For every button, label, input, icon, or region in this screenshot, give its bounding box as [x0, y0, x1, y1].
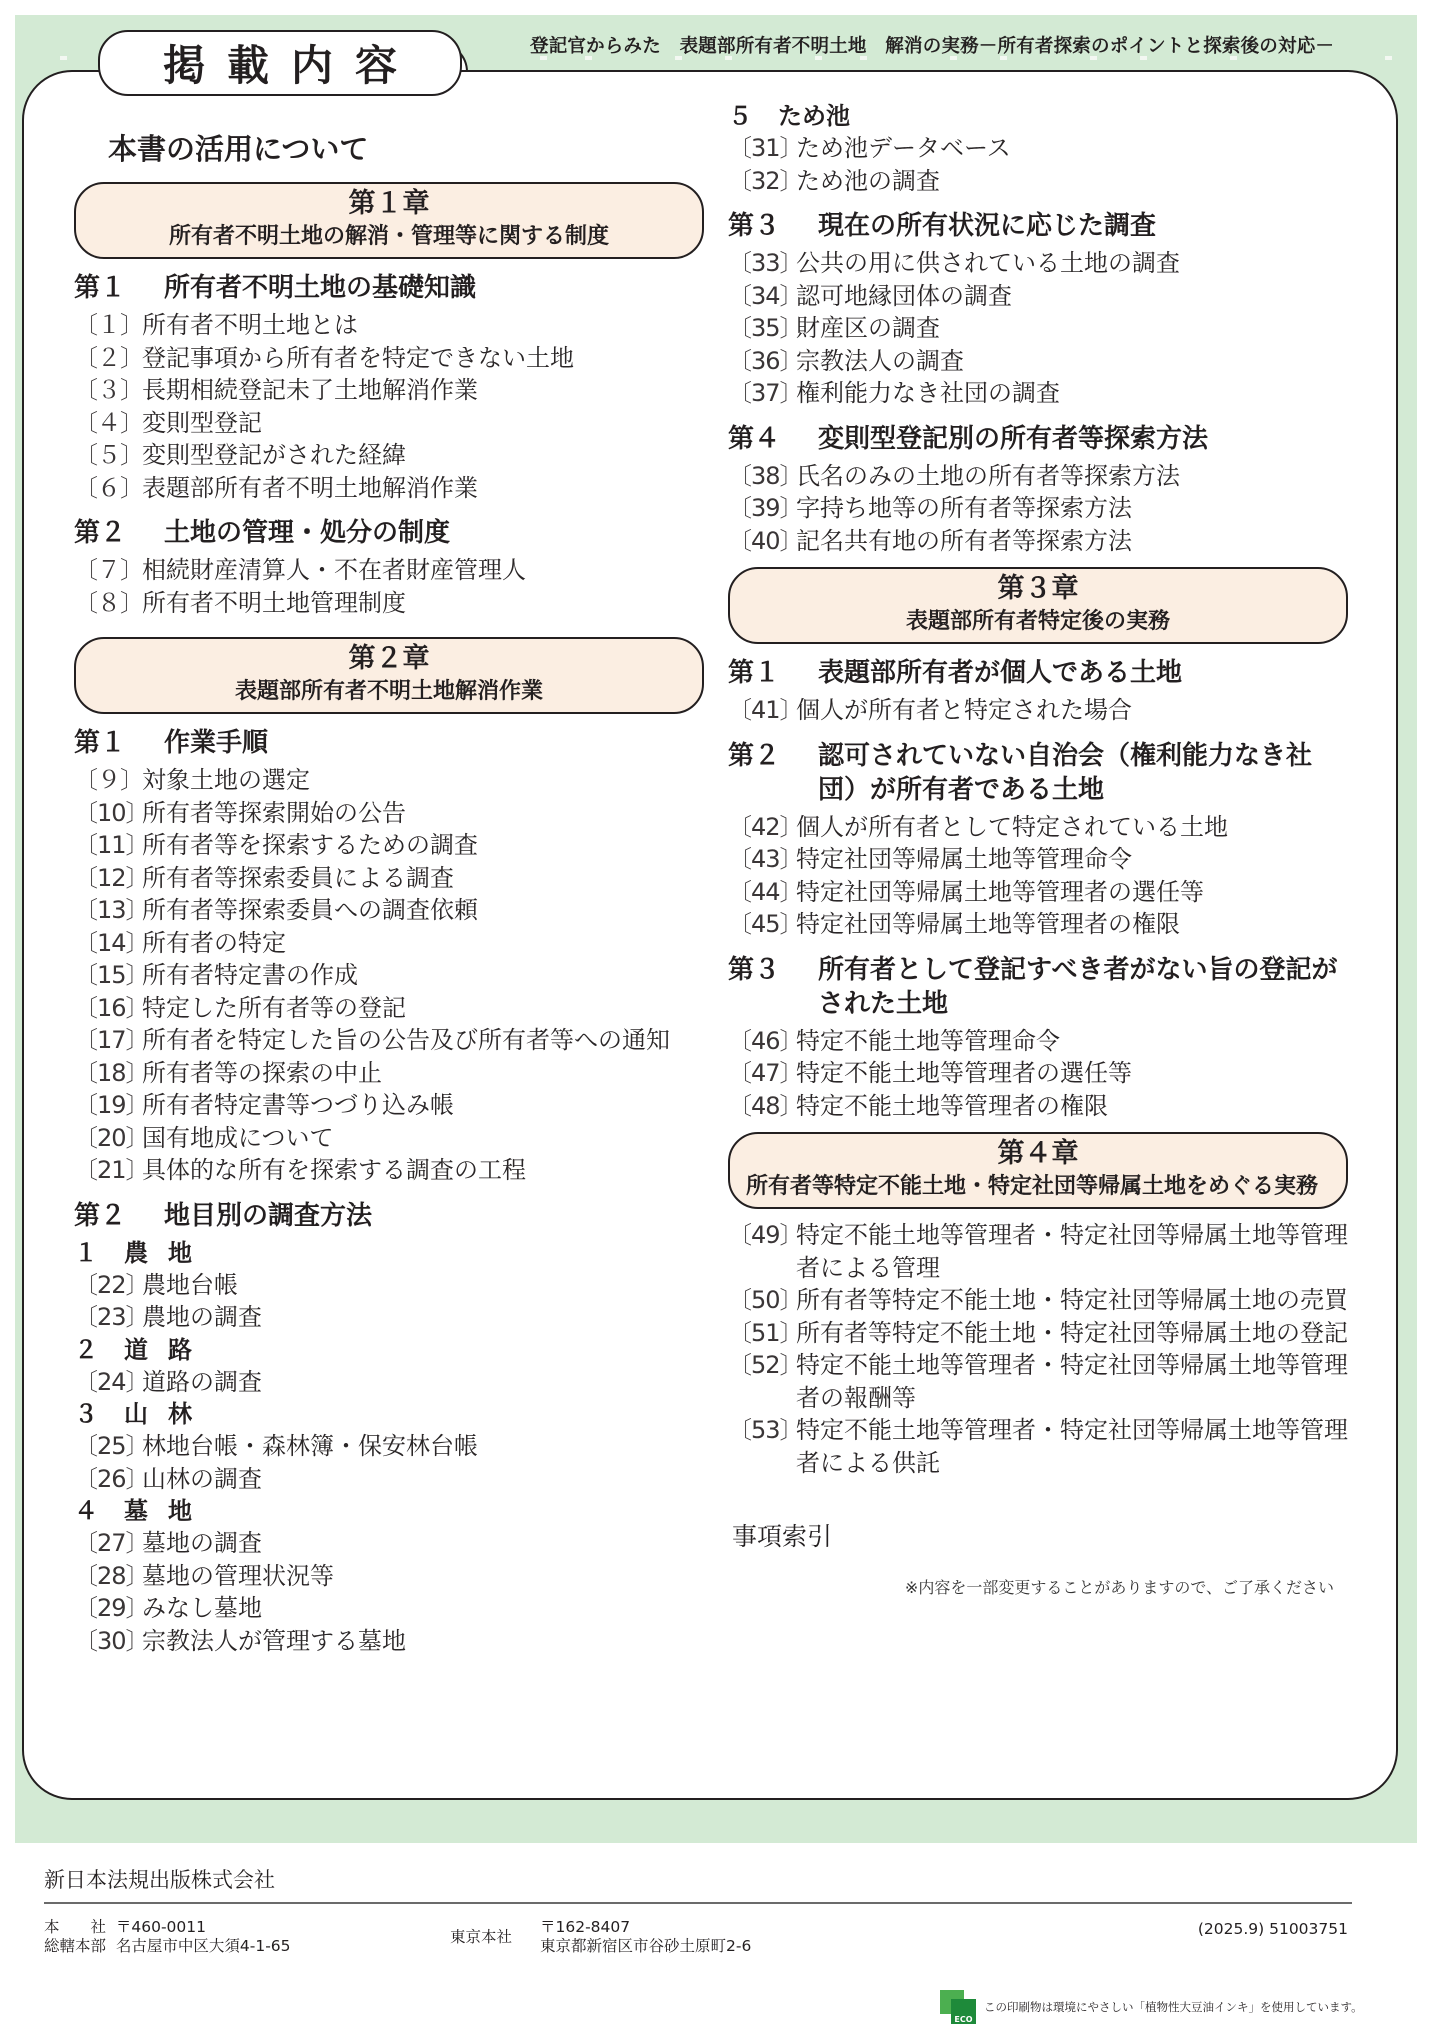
- subsection-heading[interactable]: ５ため池: [728, 100, 1348, 132]
- list-item[interactable]: 〔15〕所有者特定書の作成: [74, 959, 704, 992]
- item-title: 墓地の管理状況等: [142, 1560, 704, 1593]
- item-number: 〔４〕: [74, 407, 142, 440]
- item-number: 〔39〕: [728, 492, 796, 525]
- item-title: 所有者特定書等つづり込み帳: [142, 1089, 704, 1122]
- item-number: 〔20〕: [74, 1122, 142, 1155]
- list-item[interactable]: 〔30〕宗教法人が管理する墓地: [74, 1625, 704, 1658]
- item-title: 山林の調査: [142, 1463, 704, 1496]
- item-title: 記名共有地の所有者等探索方法: [796, 525, 1348, 558]
- item-number: 〔５〕: [74, 439, 142, 472]
- section-title: 所有者不明土地の基礎知識: [164, 271, 704, 305]
- item-number: 〔１〕: [74, 309, 142, 342]
- list-item[interactable]: 〔26〕山林の調査: [74, 1463, 704, 1496]
- chapter-title: 表題部所有者特定後の実務: [746, 607, 1330, 637]
- list-item[interactable]: 〔50〕所有者等特定不能土地・特定社団等帰属土地の売買: [728, 1284, 1348, 1317]
- list-item[interactable]: 〔46〕特定不能土地等管理命令: [728, 1025, 1348, 1058]
- list-item[interactable]: 〔52〕特定不能土地等管理者・特定社団等帰属土地等管理者の報酬等: [728, 1349, 1348, 1414]
- item-number: 〔16〕: [74, 992, 142, 1025]
- item-number: 〔12〕: [74, 862, 142, 895]
- list-item[interactable]: 〔１〕所有者不明土地とは: [74, 309, 704, 342]
- headquarters-label: 総轄本部: [44, 1937, 106, 1955]
- list-item[interactable]: 〔31〕ため池データベース: [728, 132, 1348, 165]
- list-item[interactable]: 〔18〕所有者等の探索の中止: [74, 1057, 704, 1090]
- item-number: 〔51〕: [728, 1317, 796, 1350]
- section-heading[interactable]: 第２ 土地の管理・処分の制度: [74, 516, 704, 550]
- list-item[interactable]: 〔21〕具体的な所有を探索する調査の工程: [74, 1154, 704, 1187]
- chapter-number: 第３章: [746, 571, 1330, 607]
- item-number: 〔49〕: [728, 1219, 796, 1284]
- item-number: 〔46〕: [728, 1025, 796, 1058]
- item-number: 〔２〕: [74, 342, 142, 375]
- list-item[interactable]: 〔13〕所有者等探索委員への調査依頼: [74, 894, 704, 927]
- right-column: ５ため池 〔31〕ため池データベース 〔32〕ため池の調査 第３ 現在の所有状況…: [728, 100, 1348, 1598]
- list-item[interactable]: 〔39〕字持ち地等の所有者等探索方法: [728, 492, 1348, 525]
- chapter-4-box[interactable]: 第４章 所有者等特定不能土地・特定社団等帰属土地をめぐる実務: [728, 1132, 1348, 1209]
- item-number: 〔29〕: [74, 1592, 142, 1625]
- list-item[interactable]: 〔16〕特定した所有者等の登記: [74, 992, 704, 1025]
- item-title: 所有者を特定した旨の公告及び所有者等への通知: [142, 1024, 704, 1057]
- section-heading[interactable]: 第２ 地目別の調査方法: [74, 1199, 704, 1233]
- chapter-title: 所有者等特定不能土地・特定社団等帰属土地をめぐる実務: [746, 1172, 1330, 1202]
- section-title: 表題部所有者が個人である土地: [818, 656, 1348, 690]
- item-title: 個人が所有者と特定された場合: [796, 694, 1348, 727]
- list-item[interactable]: 〔29〕みなし墓地: [74, 1592, 704, 1625]
- item-number: 〔７〕: [74, 554, 142, 587]
- item-number: 〔53〕: [728, 1414, 796, 1479]
- chapter-1-box[interactable]: 第１章 所有者不明土地の解消・管理等に関する制度: [74, 182, 704, 259]
- list-item[interactable]: 〔４〕変則型登記: [74, 407, 704, 440]
- list-item[interactable]: 〔19〕所有者特定書等つづり込み帳: [74, 1089, 704, 1122]
- item-number: 〔18〕: [74, 1057, 142, 1090]
- section-heading[interactable]: 第１ 表題部所有者が個人である土地: [728, 656, 1348, 690]
- list-item[interactable]: 〔23〕農地の調査: [74, 1301, 704, 1334]
- chapter-number: 第４章: [746, 1136, 1330, 1172]
- section-heading[interactable]: 第１ 作業手順: [74, 726, 704, 760]
- item-title: ため池の調査: [796, 165, 1348, 198]
- list-item[interactable]: 〔43〕特定社団等帰属土地等管理命令: [728, 843, 1348, 876]
- list-item[interactable]: 〔35〕財産区の調査: [728, 312, 1348, 345]
- item-title: 所有者不明土地管理制度: [142, 587, 704, 620]
- catalog-code: (2025.9) 51003751: [1198, 1920, 1348, 1938]
- list-item[interactable]: 〔33〕公共の用に供されている土地の調査: [728, 247, 1348, 280]
- item-title: 所有者等特定不能土地・特定社団等帰属土地の登記: [796, 1317, 1348, 1350]
- item-title: 財産区の調査: [796, 312, 1348, 345]
- item-title: 個人が所有者として特定されている土地: [796, 811, 1348, 844]
- item-number: 〔13〕: [74, 894, 142, 927]
- item-title: 特定不能土地等管理者の権限: [796, 1090, 1348, 1123]
- item-title: 特定社団等帰属土地等管理者の権限: [796, 908, 1348, 941]
- list-item[interactable]: 〔48〕特定不能土地等管理者の権限: [728, 1090, 1348, 1123]
- section-number: 第３: [728, 953, 818, 1021]
- section-heading[interactable]: 第３ 所有者として登記すべき者がない旨の登記がされた土地: [728, 953, 1348, 1021]
- section-heading[interactable]: 第２ 認可されていない自治会（権利能力なき社団）が所有者である土地: [728, 739, 1348, 807]
- section-title: 土地の管理・処分の制度: [164, 516, 704, 550]
- list-item[interactable]: 〔25〕林地台帳・森林簿・保安林台帳: [74, 1430, 704, 1463]
- item-title: 特定不能土地等管理者・特定社団等帰属土地等管理者の報酬等: [796, 1349, 1348, 1414]
- tokyo-label: 東京本社: [450, 1928, 512, 1947]
- item-title: 農地の調査: [142, 1301, 704, 1334]
- item-title: 登記事項から所有者を特定できない土地: [142, 342, 704, 375]
- list-item[interactable]: 〔10〕所有者等探索開始の公告: [74, 797, 704, 830]
- item-title: 特定不能土地等管理者・特定社団等帰属土地等管理者による供託: [796, 1414, 1348, 1479]
- item-number: 〔６〕: [74, 472, 142, 505]
- item-title: 具体的な所有を探索する調査の工程: [142, 1154, 704, 1187]
- item-title: 変則型登記: [142, 407, 704, 440]
- tokyo-address: 東京都新宿区市谷砂土原町2-6: [540, 1937, 751, 1956]
- item-number: 〔31〕: [728, 132, 796, 165]
- item-title: みなし墓地: [142, 1592, 704, 1625]
- subsection-title: ため池: [778, 100, 850, 132]
- eco-text: この印刷物は環境にやさしい「植物性大豆油インキ」を使用しています。: [984, 1999, 1363, 2015]
- item-title: 特定不能土地等管理者の選任等: [796, 1057, 1348, 1090]
- item-number: 〔15〕: [74, 959, 142, 992]
- list-item[interactable]: 〔５〕変則型登記がされた経緯: [74, 439, 704, 472]
- list-item[interactable]: 〔12〕所有者等探索委員による調査: [74, 862, 704, 895]
- item-title: 所有者不明土地とは: [142, 309, 704, 342]
- list-item[interactable]: 〔27〕墓地の調査: [74, 1527, 704, 1560]
- item-title: 相続財産清算人・不在者財産管理人: [142, 554, 704, 587]
- section-title: 作業手順: [164, 726, 704, 760]
- left-column: 本書の活用について 第１章 所有者不明土地の解消・管理等に関する制度 第１ 所有…: [74, 128, 704, 1657]
- section-heading[interactable]: 第１ 所有者不明土地の基礎知識: [74, 271, 704, 305]
- item-title: 特定社団等帰属土地等管理命令: [796, 843, 1348, 876]
- item-number: 〔14〕: [74, 927, 142, 960]
- list-item[interactable]: 〔44〕特定社団等帰属土地等管理者の選任等: [728, 876, 1348, 909]
- item-number: 〔22〕: [74, 1269, 142, 1302]
- item-number: 〔８〕: [74, 587, 142, 620]
- decor-dot: [1385, 56, 1392, 60]
- item-title: 所有者等特定不能土地・特定社団等帰属土地の売買: [796, 1284, 1348, 1317]
- item-number: 〔25〕: [74, 1430, 142, 1463]
- section-heading[interactable]: 第４ 変則型登記別の所有者等探索方法: [728, 422, 1348, 456]
- list-item[interactable]: 〔40〕記名共有地の所有者等探索方法: [728, 525, 1348, 558]
- item-number: 〔33〕: [728, 247, 796, 280]
- item-number: 〔９〕: [74, 764, 142, 797]
- item-title: 対象土地の選定: [142, 764, 704, 797]
- subsection-number: ４: [74, 1495, 124, 1527]
- item-title: 所有者等探索委員による調査: [142, 862, 704, 895]
- section-title: 変則型登記別の所有者等探索方法: [818, 422, 1348, 456]
- chapter-title: 表題部所有者不明土地解消作業: [92, 677, 686, 707]
- section-title: 地目別の調査方法: [164, 1199, 704, 1233]
- list-item[interactable]: 〔38〕氏名のみの土地の所有者等探索方法: [728, 460, 1348, 493]
- item-number: 〔47〕: [728, 1057, 796, 1090]
- item-number: 〔43〕: [728, 843, 796, 876]
- item-title: ため池データベース: [796, 132, 1348, 165]
- item-title: 氏名のみの土地の所有者等探索方法: [796, 460, 1348, 493]
- section-number: 第２: [728, 739, 818, 807]
- list-item[interactable]: 〔41〕個人が所有者と特定された場合: [728, 694, 1348, 727]
- subsection-title: 墓地: [124, 1495, 212, 1527]
- subsection-title: 農地: [124, 1237, 212, 1269]
- item-number: 〔44〕: [728, 876, 796, 909]
- item-title: 所有者等探索委員への調査依頼: [142, 894, 704, 927]
- item-number: 〔21〕: [74, 1154, 142, 1187]
- head-office-label: 本 社: [44, 1918, 106, 1936]
- item-title: 変則型登記がされた経緯: [142, 439, 704, 472]
- item-number: 〔27〕: [74, 1527, 142, 1560]
- section-number: 第２: [74, 516, 164, 550]
- tokyo-zip: 〒162-8407: [540, 1918, 751, 1937]
- item-title: 所有者特定書の作成: [142, 959, 704, 992]
- list-item[interactable]: 〔９〕対象土地の選定: [74, 764, 704, 797]
- item-title: 林地台帳・森林簿・保安林台帳: [142, 1430, 704, 1463]
- section-number: 第１: [74, 726, 164, 760]
- item-title: 字持ち地等の所有者等探索方法: [796, 492, 1348, 525]
- item-number: 〔42〕: [728, 811, 796, 844]
- item-title: 特定不能土地等管理者・特定社団等帰属土地等管理者による管理: [796, 1219, 1348, 1284]
- item-number: 〔40〕: [728, 525, 796, 558]
- chapter-3-box[interactable]: 第３章 表題部所有者特定後の実務: [728, 567, 1348, 644]
- section-number: 第４: [728, 422, 818, 456]
- item-title: 表題部所有者不明土地解消作業: [142, 472, 704, 505]
- footer-divider: [44, 1902, 1352, 1904]
- book-title: 登記官からみた 表題部所有者不明土地 解消の実務－所有者探索のポイントと探索後の…: [530, 32, 1334, 58]
- item-title: 長期相続登記未了土地解消作業: [142, 374, 704, 407]
- list-item[interactable]: 〔49〕特定不能土地等管理者・特定社団等帰属土地等管理者による管理: [728, 1219, 1348, 1284]
- item-title: 宗教法人の調査: [796, 345, 1348, 378]
- chapter-number: 第１章: [92, 186, 686, 222]
- item-number: 〔24〕: [74, 1366, 142, 1399]
- section-heading[interactable]: 第３ 現在の所有状況に応じた調査: [728, 209, 1348, 243]
- list-item[interactable]: 〔20〕国有地成について: [74, 1122, 704, 1155]
- item-title: 農地台帳: [142, 1269, 704, 1302]
- section-title: 現在の所有状況に応じた調査: [818, 209, 1348, 243]
- subsection-title: 山林: [124, 1398, 212, 1430]
- item-number: 〔26〕: [74, 1463, 142, 1496]
- item-title: 所有者等探索開始の公告: [142, 797, 704, 830]
- item-number: 〔34〕: [728, 280, 796, 313]
- list-item[interactable]: 〔17〕所有者を特定した旨の公告及び所有者等への通知: [74, 1024, 704, 1057]
- list-item[interactable]: 〔22〕農地台帳: [74, 1269, 704, 1302]
- subsection-heading[interactable]: ２道路: [74, 1334, 704, 1366]
- subject-index-link[interactable]: 事項索引: [732, 1517, 1348, 1553]
- item-title: 墓地の調査: [142, 1527, 704, 1560]
- item-title: 公共の用に供されている土地の調査: [796, 247, 1348, 280]
- item-title: 所有者等を探索するための調査: [142, 829, 704, 862]
- item-number: 〔41〕: [728, 694, 796, 727]
- list-item[interactable]: 〔28〕墓地の管理状況等: [74, 1560, 704, 1593]
- head-office-block: 本 社 〒460-0011 総轄本部 名古屋市中区大須4-1-65: [44, 1918, 291, 1956]
- title-tab: 掲載内容: [98, 30, 462, 96]
- list-item[interactable]: 〔３〕長期相続登記未了土地解消作業: [74, 374, 704, 407]
- subsection-heading[interactable]: １農地: [74, 1237, 704, 1269]
- item-number: 〔48〕: [728, 1090, 796, 1123]
- item-number: 〔３〕: [74, 374, 142, 407]
- subsection-number: ５: [728, 100, 778, 132]
- item-title: 道路の調査: [142, 1366, 704, 1399]
- item-number: 〔11〕: [74, 829, 142, 862]
- item-number: 〔30〕: [74, 1625, 142, 1658]
- item-title: 特定した所有者等の登記: [142, 992, 704, 1025]
- publisher-name: 新日本法規出版株式会社: [44, 1864, 275, 1894]
- page-title: 掲載内容: [163, 33, 419, 93]
- decor-dot: [60, 56, 67, 60]
- item-title: 特定不能土地等管理命令: [796, 1025, 1348, 1058]
- list-item[interactable]: 〔32〕ため池の調査: [728, 165, 1348, 198]
- subsection-heading[interactable]: ４墓地: [74, 1495, 704, 1527]
- item-title: 所有者等の探索の中止: [142, 1057, 704, 1090]
- item-number: 〔32〕: [728, 165, 796, 198]
- item-number: 〔50〕: [728, 1284, 796, 1317]
- item-title: 権利能力なき社団の調査: [796, 377, 1348, 410]
- chapter-title: 所有者不明土地の解消・管理等に関する制度: [92, 222, 686, 252]
- tokyo-office-block: 〒162-8407 東京都新宿区市谷砂土原町2-6: [540, 1918, 751, 1956]
- item-number: 〔23〕: [74, 1301, 142, 1334]
- list-item[interactable]: 〔８〕所有者不明土地管理制度: [74, 587, 704, 620]
- list-item[interactable]: 〔14〕所有者の特定: [74, 927, 704, 960]
- list-item[interactable]: 〔37〕権利能力なき社団の調査: [728, 377, 1348, 410]
- chapter-2-box[interactable]: 第２章 表題部所有者不明土地解消作業: [74, 637, 704, 714]
- item-title: 所有者の特定: [142, 927, 704, 960]
- section-title: 所有者として登記すべき者がない旨の登記がされた土地: [818, 953, 1348, 1021]
- item-number: 〔19〕: [74, 1089, 142, 1122]
- item-number: 〔37〕: [728, 377, 796, 410]
- item-title: 宗教法人が管理する墓地: [142, 1625, 704, 1658]
- list-item[interactable]: 〔２〕登記事項から所有者を特定できない土地: [74, 342, 704, 375]
- section-number: 第１: [74, 271, 164, 305]
- eco-leaf-icon: ECO: [940, 1990, 976, 2024]
- item-number: 〔17〕: [74, 1024, 142, 1057]
- list-item[interactable]: 〔47〕特定不能土地等管理者の選任等: [728, 1057, 1348, 1090]
- eco-notice: ECO この印刷物は環境にやさしい「植物性大豆油インキ」を使用しています。: [940, 1990, 1363, 2024]
- list-item[interactable]: 〔24〕道路の調査: [74, 1366, 704, 1399]
- change-notice: ※内容を一部変更することがありますので、ご了承ください: [728, 1575, 1334, 1598]
- section-title: 認可されていない自治会（権利能力なき社団）が所有者である土地: [818, 739, 1348, 807]
- subsection-heading[interactable]: ３山林: [74, 1398, 704, 1430]
- section-number: 第３: [728, 209, 818, 243]
- section-number: 第１: [728, 656, 818, 690]
- list-item[interactable]: 〔６〕表題部所有者不明土地解消作業: [74, 472, 704, 505]
- item-number: 〔38〕: [728, 460, 796, 493]
- item-number: 〔35〕: [728, 312, 796, 345]
- subsection-title: 道路: [124, 1334, 212, 1366]
- list-item[interactable]: 〔７〕相続財産清算人・不在者財産管理人: [74, 554, 704, 587]
- subsection-number: １: [74, 1237, 124, 1269]
- list-item[interactable]: 〔34〕認可地縁団体の調査: [728, 280, 1348, 313]
- lead-heading[interactable]: 本書の活用について: [108, 128, 704, 170]
- item-title: 国有地成について: [142, 1122, 704, 1155]
- list-item[interactable]: 〔36〕宗教法人の調査: [728, 345, 1348, 378]
- item-number: 〔52〕: [728, 1349, 796, 1414]
- subsection-number: ２: [74, 1334, 124, 1366]
- item-number: 〔10〕: [74, 797, 142, 830]
- head-office-address: 名古屋市中区大須4-1-65: [116, 1937, 291, 1955]
- item-number: 〔28〕: [74, 1560, 142, 1593]
- item-title: 特定社団等帰属土地等管理者の選任等: [796, 876, 1348, 909]
- footer: 新日本法規出版株式会社 本 社 〒460-0011 総轄本部 名古屋市中区大須4…: [0, 1840, 1432, 2026]
- list-item[interactable]: 〔53〕特定不能土地等管理者・特定社団等帰属土地等管理者による供託: [728, 1414, 1348, 1479]
- chapter-number: 第２章: [92, 641, 686, 677]
- head-office-zip: 〒460-0011: [116, 1918, 206, 1936]
- subsection-number: ３: [74, 1398, 124, 1430]
- item-title: 認可地縁団体の調査: [796, 280, 1348, 313]
- list-item[interactable]: 〔11〕所有者等を探索するための調査: [74, 829, 704, 862]
- list-item[interactable]: 〔42〕個人が所有者として特定されている土地: [728, 811, 1348, 844]
- item-number: 〔36〕: [728, 345, 796, 378]
- section-number: 第２: [74, 1199, 164, 1233]
- list-item[interactable]: 〔51〕所有者等特定不能土地・特定社団等帰属土地の登記: [728, 1317, 1348, 1350]
- list-item[interactable]: 〔45〕特定社団等帰属土地等管理者の権限: [728, 908, 1348, 941]
- item-number: 〔45〕: [728, 908, 796, 941]
